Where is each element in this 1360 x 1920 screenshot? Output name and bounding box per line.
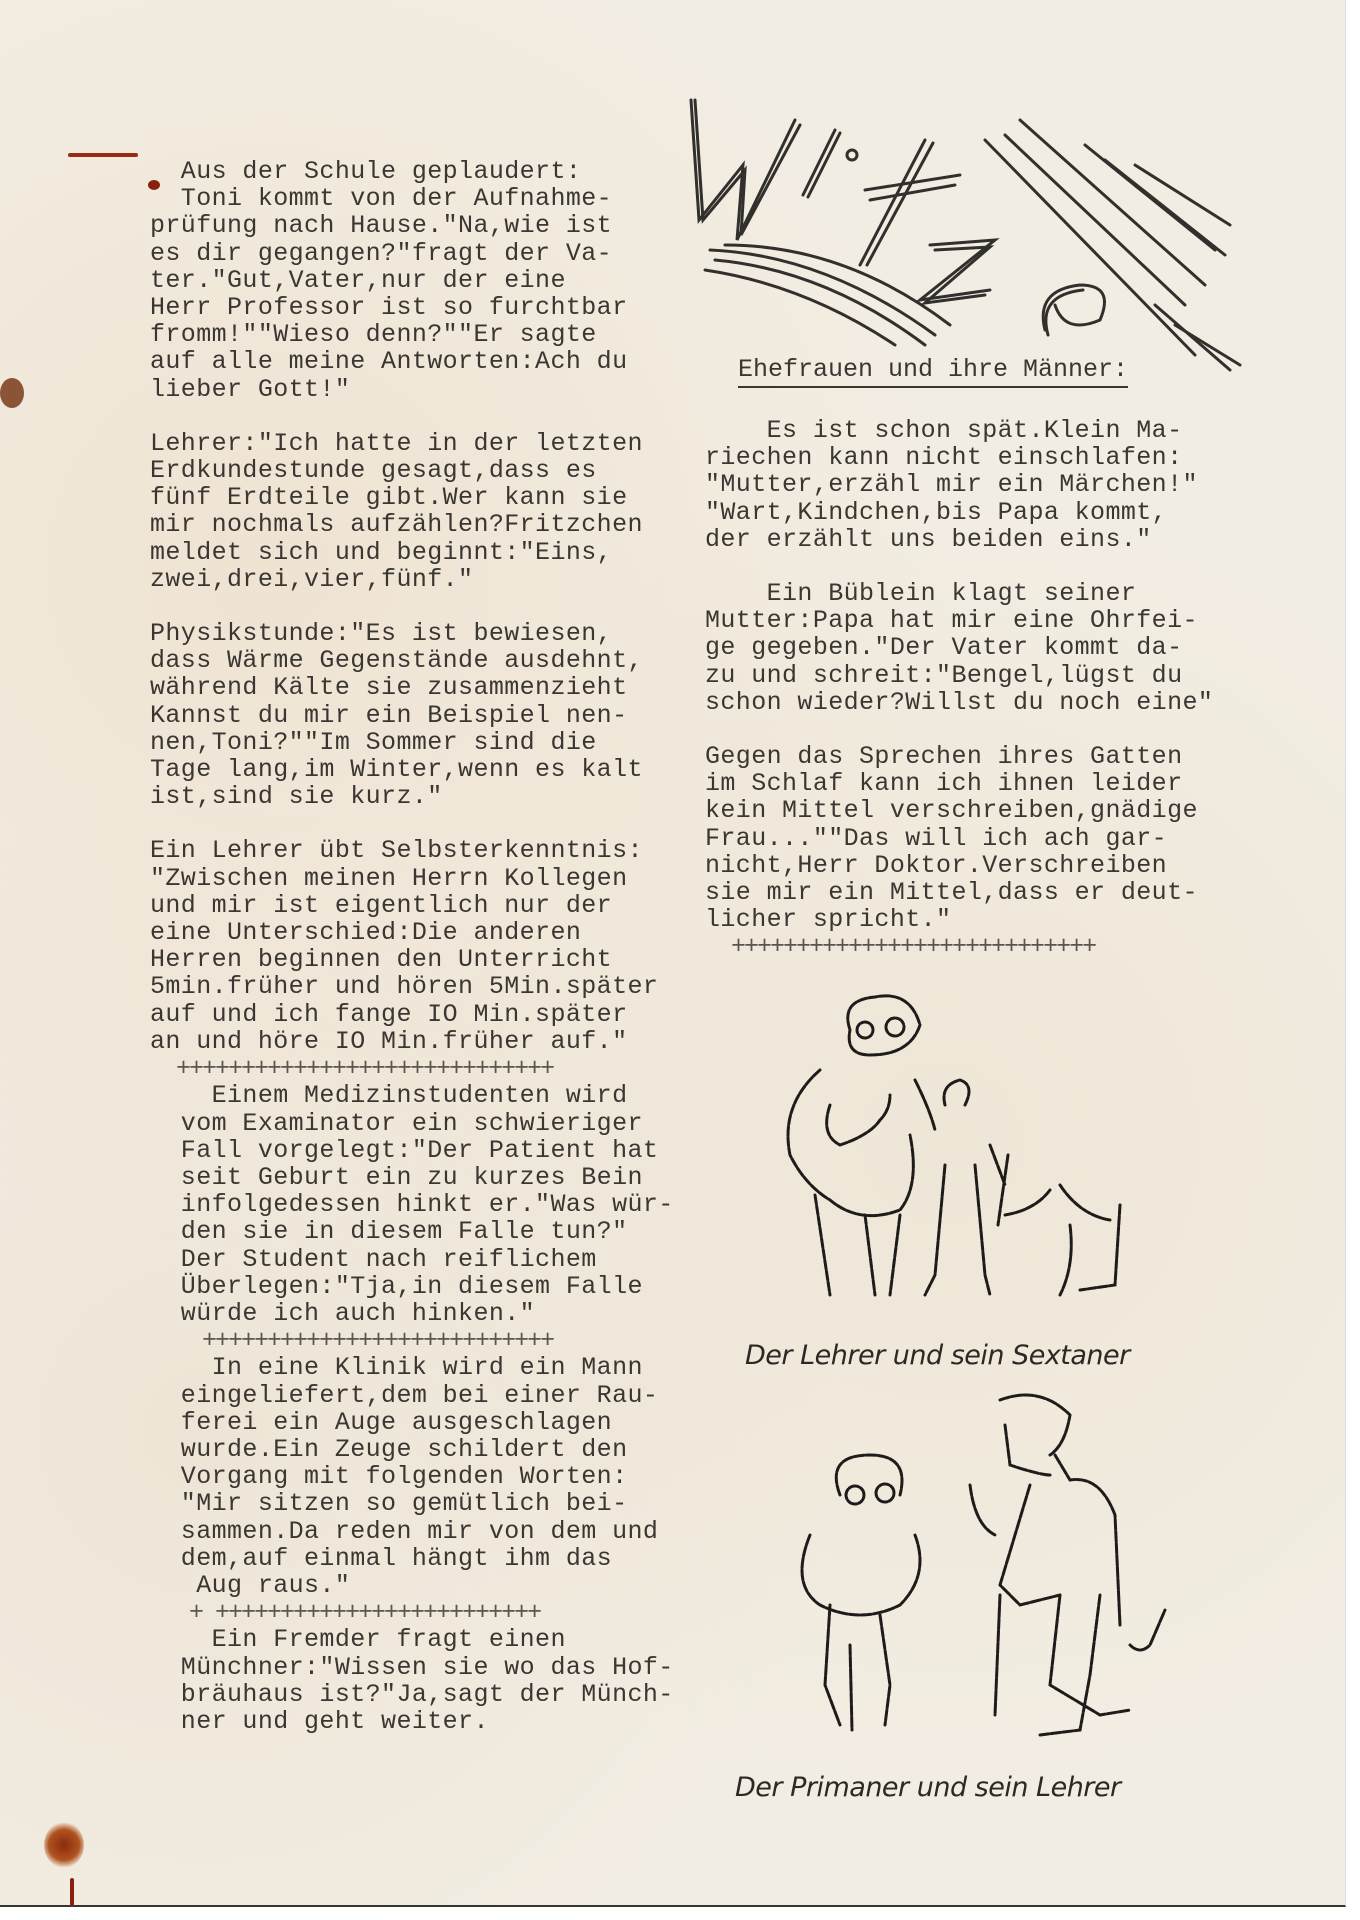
separator-line: +++++++++++++++++++++++++++ [150,1327,674,1354]
joke-paragraph: Gegen das Sprechen ihres Gattenim Schlaf… [705,743,1213,933]
text-line: ge gegeben."Der Vater kommt da- [705,634,1213,661]
separator-line: +++++++++++++++++++++++++++++ [150,1055,674,1082]
text-line: infolgedessen hinkt er."Was wür- [150,1191,674,1218]
text-line: wurde.Ein Zeuge schildert den [150,1436,674,1463]
text-line: Der Student nach reiflichem [150,1246,674,1273]
right-column: Es ist schon spät.Klein Ma-riechen kann … [705,417,1213,961]
text-line: Lehrer:"Ich hatte in der letzten [150,430,674,457]
text-line: im Schlaf kann ich ihnen leider [705,770,1213,797]
text-line: Vorgang mit folgenden Worten: [150,1463,674,1490]
text-line: vom Examinator ein schwieriger [150,1110,674,1137]
ink-stain [68,153,138,157]
text-line: Ein Fremder fragt einen [150,1626,674,1653]
text-line: eingeliefert,dem bei einer Rau- [150,1382,674,1409]
text-line: "Wart,Kindchen,bis Papa kommt, [705,499,1213,526]
joke-paragraph: Ein Fremder fragt einen Münchner:"Wissen… [150,1626,674,1735]
text-line: bräuhaus ist?"Ja,sagt der Münch- [150,1681,674,1708]
text-line: Frau...""Das will ich ach gar- [705,825,1213,852]
text-line: es dir gegangen?"fragt der Va- [150,240,674,267]
text-line: Ein Büblein klagt seiner [705,580,1213,607]
text-line: mir nochmals aufzählen?Fritzchen [150,511,674,538]
text-line: ner und geht weiter. [150,1708,674,1735]
joke-paragraph: Lehrer:"Ich hatte in der letztenErdkunde… [150,430,674,593]
text-line: In eine Klinik wird ein Mann [150,1354,674,1381]
text-line: Toni kommt von der Aufnahme- [150,185,674,212]
ink-stain [44,1822,84,1868]
text-line: auf und ich fange IO Min.später [150,1001,674,1028]
cartoon-primaner-and-teacher [770,1385,1190,1755]
text-line: Es ist schon spät.Klein Ma- [705,417,1213,444]
joke-paragraph: Es ist schon spät.Klein Ma-riechen kann … [705,417,1213,553]
text-line: "Mutter,erzähl mir ein Märchen!" [705,471,1213,498]
text-line: Mutter:Papa hat mir eine Ohrfei- [705,607,1213,634]
text-line: Münchner:"Wissen sie wo das Hof- [150,1654,674,1681]
text-line: zu und schreit:"Bengel,lügst du [705,662,1213,689]
caption-drawing-2: Der Primaner und sein Lehrer [735,1772,1121,1803]
text-line: zwei,drei,vier,fünf." [150,566,674,593]
separator-line: ++++++++++++++++++++++++++++ [705,933,1213,960]
text-line: Aus der Schule geplaudert: [150,158,674,185]
text-line: nicht,Herr Doktor.Verschreiben [705,852,1213,879]
left-column: Aus der Schule geplaudert: Toni kommt vo… [150,158,674,1762]
text-line: Ein Lehrer übt Selbsterkenntnis: [150,837,674,864]
text-line: sie mir ein Mittel,dass er deut- [705,879,1213,906]
text-line: Einem Medizinstudenten wird [150,1082,674,1109]
text-line: sammen.Da reden mir von dem und [150,1518,674,1545]
text-line: riechen kann nicht einschlafen: [705,444,1213,471]
cartoon-teacher-and-sextaner [760,985,1180,1305]
text-line: an und höre IO Min.früher auf." [150,1028,674,1055]
ink-stain [70,1878,74,1906]
text-line: und mir ist eigentlich nur der [150,892,674,919]
text-line: Tage lang,im Winter,wenn es kalt [150,756,674,783]
ink-stain [0,378,24,408]
separator-line: + +++++++++++++++++++++++++ [150,1599,674,1626]
joke-paragraph: Aus der Schule geplaudert: Toni kommt vo… [150,158,674,403]
text-line: Gegen das Sprechen ihres Gatten [705,743,1213,770]
text-line: Erdkundestunde gesagt,dass es [150,457,674,484]
text-line: Herr Professor ist so furchtbar [150,294,674,321]
text-line: seit Geburt ein zu kurzes Bein [150,1164,674,1191]
text-line: würde ich auch hinken." [150,1300,674,1327]
text-line: ist,sind sie kurz." [150,783,674,810]
text-line: Fall vorgelegt:"Der Patient hat [150,1137,674,1164]
text-line: dem,auf einmal hängt ihm das [150,1545,674,1572]
text-line: der erzählt uns beiden eins." [705,526,1213,553]
text-line: lieber Gott!" [150,376,674,403]
text-line: fünf Erdteile gibt.Wer kann sie [150,484,674,511]
text-line: 5min.früher und hören 5Min.später [150,973,674,1000]
text-line: prüfung nach Hause."Na,wie ist [150,212,674,239]
text-line: "Zwischen meinen Herrn Kollegen [150,865,674,892]
text-line: licher spricht." [705,906,1213,933]
joke-paragraph: Einem Medizinstudenten wird vom Examinat… [150,1082,674,1327]
joke-paragraph: Ein Lehrer übt Selbsterkenntnis:"Zwische… [150,837,674,1055]
witze-title-art [685,85,1245,375]
text-line: Physikstunde:"Es ist bewiesen, [150,620,674,647]
text-line: fromm!""Wieso denn?""Er sagte [150,321,674,348]
text-line: kein Mittel verschreiben,gnädige [705,797,1213,824]
text-line: nen,Toni?""Im Sommer sind die [150,729,674,756]
text-line: Überlegen:"Tja,in diesem Falle [150,1273,674,1300]
text-line: auf alle meine Antworten:Ach du [150,348,674,375]
text-line: schon wieder?Willst du noch eine" [705,689,1213,716]
caption-drawing-1: Der Lehrer und sein Sextaner [745,1340,1130,1371]
document-page: Ehefrauen und ihre Männer: Aus der Schul… [0,0,1346,1907]
joke-paragraph: In eine Klinik wird ein Mann eingeliefer… [150,1354,674,1599]
text-line: den sie in diesem Falle tun?" [150,1218,674,1245]
joke-paragraph: Physikstunde:"Es ist bewiesen,dass Wärme… [150,620,674,810]
text-line: eine Unterschied:Die anderen [150,919,674,946]
section-heading: Ehefrauen und ihre Männer: [738,355,1128,388]
text-line: meldet sich und beginnt:"Eins, [150,539,674,566]
text-line: ferei ein Auge ausgeschlagen [150,1409,674,1436]
text-line: während Kälte sie zusammenzieht [150,674,674,701]
text-line: ter."Gut,Vater,nur der eine [150,267,674,294]
text-line: Aug raus." [150,1572,674,1599]
text-line: Herren beginnen den Unterricht [150,946,674,973]
text-line: dass Wärme Gegenstände ausdehnt, [150,647,674,674]
text-line: "Mir sitzen so gemütlich bei- [150,1490,674,1517]
text-line: Kannst du mir ein Beispiel nen- [150,702,674,729]
joke-paragraph: Ein Büblein klagt seinerMutter:Papa hat … [705,580,1213,716]
